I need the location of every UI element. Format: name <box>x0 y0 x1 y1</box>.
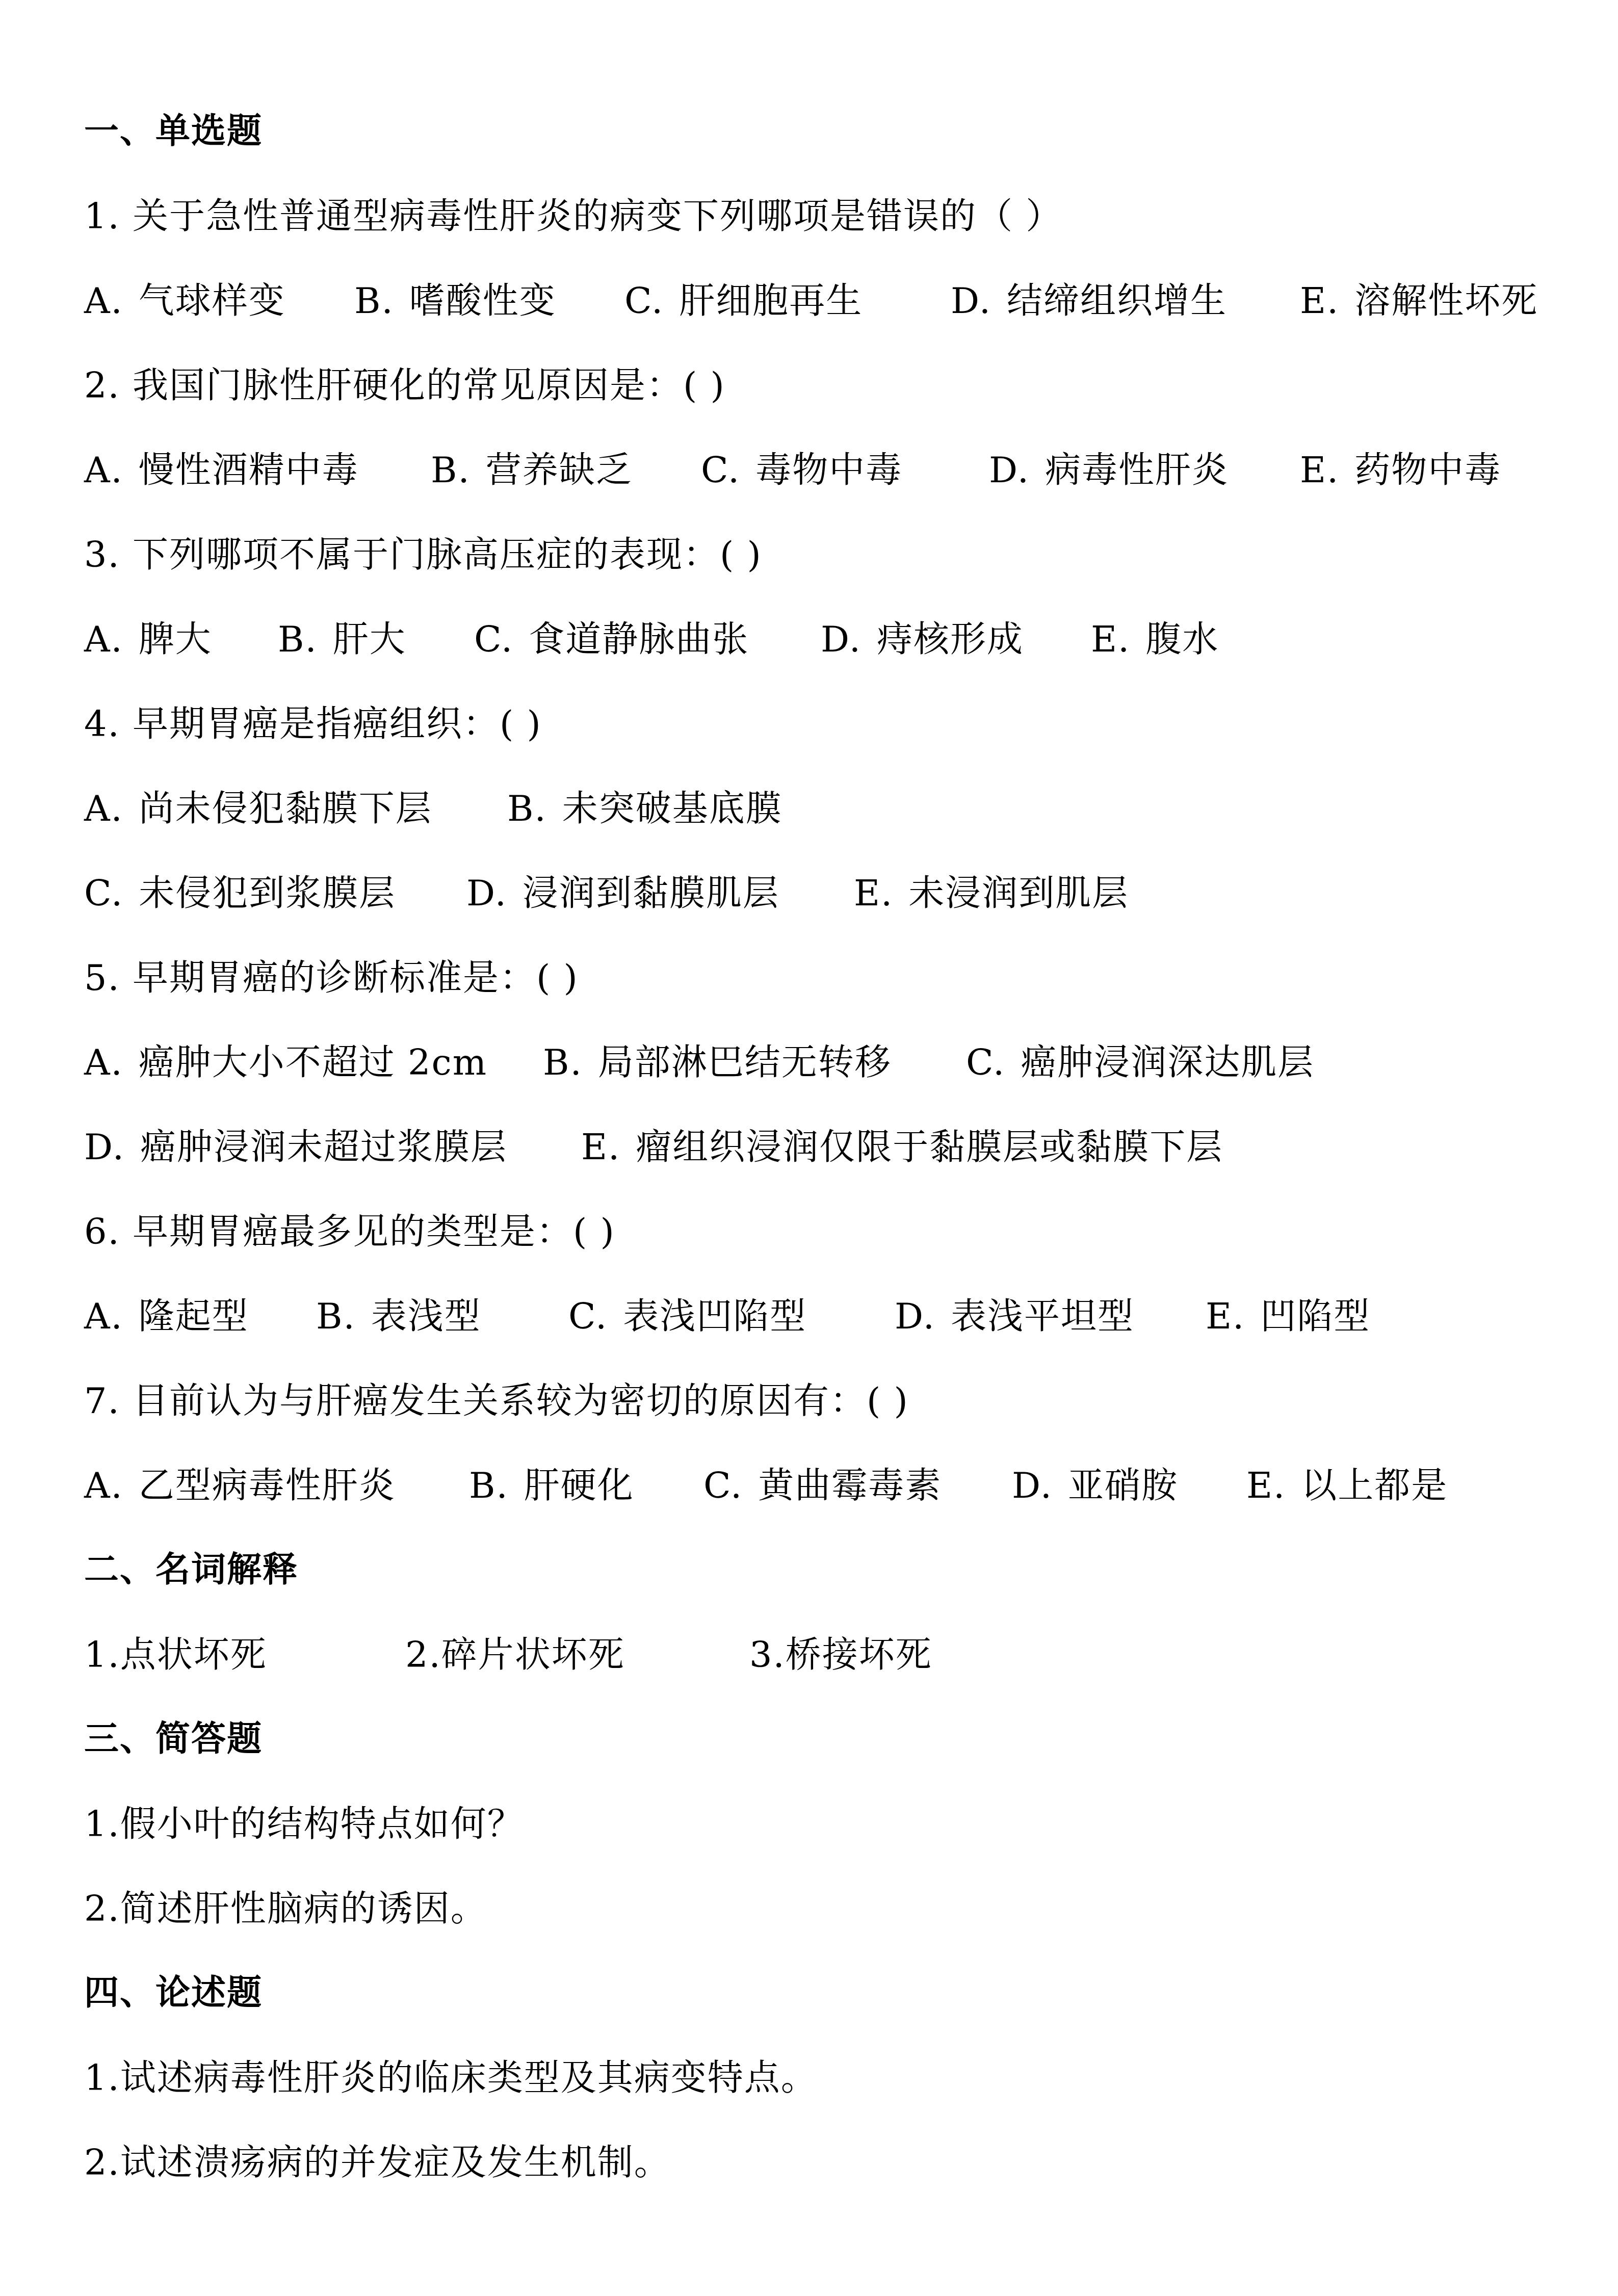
question-2-options: A.慢性酒精中毒 B.营养缺乏 C.毒物中毒 D.病毒性肝炎 E.药物中毒 <box>84 445 1501 495</box>
question-5-options-line-2: D.癌肿浸润未超过浆膜层 E.瘤组织浸润仅限于黏膜层或黏膜下层 <box>84 1121 1223 1172</box>
option-b: B.肝硬化 <box>469 1460 703 1511</box>
option-e: E.腹水 <box>1091 614 1219 665</box>
option-b: B.肝大 <box>278 614 474 665</box>
question-3-options: A.脾大 B.肝大 C.食道静脉曲张 D.痔核形成 E.腹水 <box>84 614 1219 665</box>
option-e: E.药物中毒 <box>1300 445 1501 495</box>
term-item: 1.点状坏死 <box>84 1629 405 1680</box>
option-a: A.脾大 <box>84 614 278 665</box>
question-7-stem: 7. 目前认为与肝癌发生关系较为密切的原因有：( ) <box>84 1375 909 1426</box>
essay-item: 2.试述溃疡病的并发症及发生机制。 <box>84 2137 671 2188</box>
question-5-options-line-1: A.癌肿大小不超过 2cm B.局部淋巴结无转移 C.癌肿浸润深达肌层 <box>84 1037 1314 1088</box>
term-item: 3.桥接坏死 <box>749 1629 932 1680</box>
option-d: D.亚硝胺 <box>1012 1460 1246 1511</box>
question-1-options: A.气球样变 B.嗜酸性变 C.肝细胞再生 D.结缔组织增生 E.溶解性坏死 <box>84 275 1538 326</box>
option-c: C.毒物中毒 <box>701 445 989 495</box>
term-list: 1.点状坏死 2.碎片状坏死 3.桥接坏死 <box>84 1629 932 1680</box>
option-e: E.以上都是 <box>1246 1460 1448 1511</box>
section-heading-single-choice: 一、单选题 <box>84 106 263 157</box>
option-a: A.慢性酒精中毒 <box>84 445 431 495</box>
option-d: D.表浅平坦型 <box>895 1291 1206 1342</box>
option-d: D.结缔组织增生 <box>951 275 1300 326</box>
option-c: C.癌肿浸润深达肌层 <box>966 1037 1314 1088</box>
option-a: A.癌肿大小不超过 2cm <box>84 1037 543 1088</box>
question-7-options: A.乙型病毒性肝炎 B.肝硬化 C.黄曲霉毒素 D.亚硝胺 E.以上都是 <box>84 1460 1448 1511</box>
question-4-options-line-2: C.未侵犯到浆膜层 D.浸润到黏膜肌层 E.未浸润到肌层 <box>84 868 1129 919</box>
question-5-stem: 5. 早期胃癌的诊断标准是：( ) <box>84 952 579 1003</box>
option-a: A.隆起型 <box>84 1291 316 1342</box>
option-b: B.未突破基底膜 <box>507 783 782 834</box>
question-6-options: A.隆起型 B.表浅型 C.表浅凹陷型 D.表浅平坦型 E.凹陷型 <box>84 1291 1370 1342</box>
option-c: C.食道静脉曲张 <box>474 614 821 665</box>
question-1-stem: 1. 关于急性普通型病毒性肝炎的病变下列哪项是错误的（ ） <box>84 191 1062 242</box>
option-e: E.未浸润到肌层 <box>854 868 1129 919</box>
option-b: B.嗜酸性变 <box>354 275 624 326</box>
short-answer-item: 1.假小叶的结构特点如何？ <box>84 1798 524 1849</box>
section-heading-term-definitions: 二、名词解释 <box>84 1545 298 1596</box>
option-c: C.未侵犯到浆膜层 <box>84 868 466 919</box>
essay-item: 1.试述病毒性肝炎的临床类型及其病变特点。 <box>84 2052 818 2103</box>
option-d: D.浸润到黏膜肌层 <box>466 868 854 919</box>
option-e: E.凹陷型 <box>1206 1291 1370 1342</box>
option-b: B.营养缺乏 <box>431 445 701 495</box>
option-b: B.表浅型 <box>316 1291 568 1342</box>
option-d: D.病毒性肝炎 <box>989 445 1300 495</box>
option-c: C.黄曲霉毒素 <box>703 1460 1012 1511</box>
option-d: D.癌肿浸润未超过浆膜层 <box>84 1121 581 1172</box>
term-item: 2.碎片状坏死 <box>405 1629 749 1680</box>
document-page: 一、单选题 1. 关于急性普通型病毒性肝炎的病变下列哪项是错误的（ ） A.气球… <box>0 0 1618 2296</box>
option-a: A.尚未侵犯黏膜下层 <box>84 783 507 834</box>
section-heading-essay: 四、论述题 <box>84 1968 263 2019</box>
option-b: B.局部淋巴结无转移 <box>543 1037 966 1088</box>
option-a: A.气球样变 <box>84 275 354 326</box>
option-c: C.表浅凹陷型 <box>568 1291 895 1342</box>
option-d: D.痔核形成 <box>821 614 1091 665</box>
question-4-stem: 4. 早期胃癌是指癌组织：( ) <box>84 698 542 749</box>
question-4-options-line-1: A.尚未侵犯黏膜下层 B.未突破基底膜 <box>84 783 782 834</box>
section-heading-short-answer: 三、简答题 <box>84 1714 263 1765</box>
option-e: E.溶解性坏死 <box>1300 275 1538 326</box>
short-answer-item: 2.简述肝性脑病的诱因。 <box>84 1883 487 1934</box>
option-e: E.瘤组织浸润仅限于黏膜层或黏膜下层 <box>581 1121 1223 1172</box>
option-a: A.乙型病毒性肝炎 <box>84 1460 469 1511</box>
option-c: C.肝细胞再生 <box>624 275 951 326</box>
question-6-stem: 6. 早期胃癌最多见的类型是：( ) <box>84 1206 615 1257</box>
question-2-stem: 2. 我国门脉性肝硬化的常见原因是：( ) <box>84 360 725 411</box>
question-3-stem: 3. 下列哪项不属于门脉高压症的表现：( ) <box>84 529 762 580</box>
